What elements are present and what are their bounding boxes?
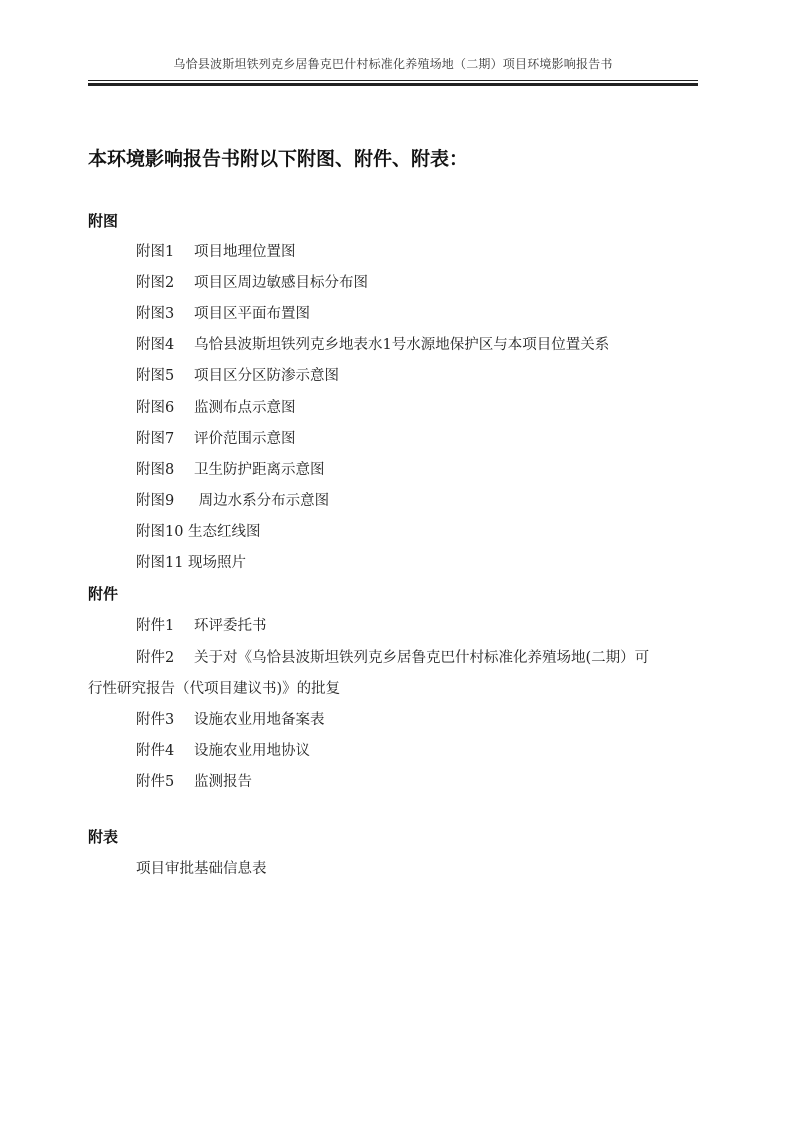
figure-number: 附图2 (136, 271, 194, 292)
figure-number: 附图5 (136, 364, 194, 385)
figure-label: 项目区平面布置图 (194, 306, 310, 322)
section-heading-figures: 附图 (88, 210, 118, 231)
header-rule-thick (88, 83, 698, 86)
figure-item: 附图8卫生防护距离示意图 (136, 458, 325, 479)
figure-label: 现场照片 (188, 555, 246, 571)
figure-number: 附图6 (136, 396, 194, 417)
attachment-label: 设施农业用地备案表 (194, 712, 325, 728)
figure-number: 附图3 (136, 302, 194, 323)
figure-number: 附图1 (136, 240, 194, 261)
attachment-number: 附件4 (136, 739, 194, 760)
table-item: 项目审批基础信息表 (136, 857, 267, 878)
attachment-label: 关于对《乌恰县波斯坦铁列克乡居鲁克巴什村标准化养殖场地(二期）可 (194, 650, 649, 666)
figure-item: 附图10生态红线图 (136, 520, 261, 541)
attachment-number: 附件2 (136, 646, 194, 667)
figure-item: 附图9 周边水系分布示意图 (136, 489, 329, 510)
figure-item: 附图2项目区周边敏感目标分布图 (136, 271, 368, 292)
attachment-label-continuation: 行性研究报告（代项目建议书)》的批复 (88, 677, 340, 698)
section-heading-tables: 附表 (88, 826, 118, 847)
figure-number: 附图4 (136, 333, 194, 354)
figure-number: 附图8 (136, 458, 194, 479)
figure-label: 项目地理位置图 (194, 244, 296, 260)
attachment-number: 附件5 (136, 770, 194, 791)
attachment-number: 附件3 (136, 708, 194, 729)
figure-item: 附图1项目地理位置图 (136, 240, 296, 261)
figure-number: 附图9 (136, 489, 194, 510)
attachment-item: 附件4设施农业用地协议 (136, 739, 310, 760)
attachment-item: 附件1环评委托书 (136, 614, 267, 635)
section-heading-attachments: 附件 (88, 583, 118, 604)
figure-label: 项目区周边敏感目标分布图 (194, 275, 368, 291)
attachment-label: 设施农业用地协议 (194, 743, 310, 759)
figure-number: 附图11 (136, 551, 188, 572)
attachment-item: 附件5监测报告 (136, 770, 252, 791)
header-rule-thin (88, 80, 698, 81)
figure-label: 乌恰县波斯坦铁列克乡地表水1号水源地保护区与本项目位置关系 (194, 337, 609, 353)
figure-item: 附图11现场照片 (136, 551, 246, 572)
attachment-number: 附件1 (136, 614, 194, 635)
figure-label: 监测布点示意图 (194, 400, 296, 416)
figure-label: 评价范围示意图 (194, 431, 296, 447)
running-header: 乌恰县波斯坦铁列克乡居鲁克巴什村标准化养殖场地（二期）项目环境影响报告书 (88, 55, 698, 72)
attachment-item: 附件3设施农业用地备案表 (136, 708, 325, 729)
figure-item: 附图3项目区平面布置图 (136, 302, 310, 323)
figure-item: 附图7评价范围示意图 (136, 427, 296, 448)
figure-number: 附图7 (136, 427, 194, 448)
figure-item: 附图4乌恰县波斯坦铁列克乡地表水1号水源地保护区与本项目位置关系 (136, 333, 609, 354)
figure-label: 周边水系分布示意图 (194, 493, 329, 509)
figure-item: 附图6监测布点示意图 (136, 396, 296, 417)
figure-label: 生态红线图 (188, 524, 261, 540)
figure-label: 项目区分区防渗示意图 (194, 368, 339, 384)
figure-label: 卫生防护距离示意图 (194, 462, 325, 478)
page-title: 本环境影响报告书附以下附图、附件、附表： (88, 144, 468, 171)
attachment-label: 环评委托书 (194, 618, 267, 634)
attachment-item: 附件2关于对《乌恰县波斯坦铁列克乡居鲁克巴什村标准化养殖场地(二期）可 (136, 646, 649, 667)
figure-item: 附图5项目区分区防渗示意图 (136, 364, 339, 385)
figure-number: 附图10 (136, 520, 188, 541)
attachment-label: 监测报告 (194, 774, 252, 790)
